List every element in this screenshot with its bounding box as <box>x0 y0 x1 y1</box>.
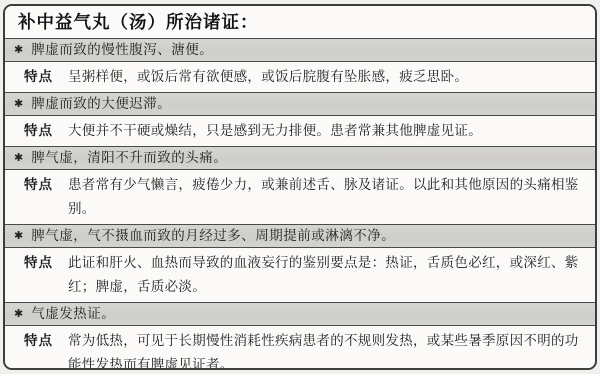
feature-label: 特点 <box>24 251 53 299</box>
syndrome-text: 脾虚而致的大便迟滞。 <box>31 96 585 112</box>
feature-row: 特点 呈粥样便，或饭后常有欲便感，或饭后脘腹有坠胀感，疲乏思卧。 <box>5 62 595 92</box>
feature-label: 特点 <box>24 119 53 143</box>
syndrome-text: 脾气虚，清阳不升而致的头痛。 <box>31 150 585 166</box>
syndrome-row: ✱ 脾气虚，清阳不升而致的头痛。 <box>5 146 595 170</box>
syndrome-text: 气虚发热证。 <box>31 306 585 322</box>
feature-text: 患者常有少气懒言，疲倦少力，或兼前述舌、脉及诸证。以此和其他原因的头痛相鉴别。 <box>68 173 583 221</box>
asterisk-icon: ✱ <box>14 153 23 164</box>
syndrome-row: ✱ 气虚发热证。 <box>5 302 595 326</box>
feature-text: 常为低热，可见于长期慢性消耗性疾病患者的不规则发热，或某些暑季原因不明的功能性发… <box>68 329 583 370</box>
asterisk-icon: ✱ <box>14 45 23 56</box>
feature-row: 特点 患者常有少气懒言，疲倦少力，或兼前述舌、脉及诸证。以此和其他原因的头痛相鉴… <box>5 170 595 224</box>
asterisk-icon: ✱ <box>14 309 23 320</box>
asterisk-icon: ✱ <box>14 231 23 242</box>
feature-label: 特点 <box>24 173 53 221</box>
feature-text: 此证和肝火、血热而导致的血液妄行的鉴别要点是：热证，舌质色必红，或深红、紫红；脾… <box>68 251 583 299</box>
table-title-text: 补中益气丸（汤）所治诸证： <box>18 12 259 32</box>
feature-row: 特点 此证和肝火、血热而导致的血液妄行的鉴别要点是：热证，舌质色必红，或深红、紫… <box>5 248 595 302</box>
syndrome-row: ✱ 脾气虚，气不摄血而致的月经过多、周期提前或淋漓不净。 <box>5 224 595 248</box>
indications-table: 补中益气丸（汤）所治诸证： ✱ 脾虚而致的慢性腹泻、溏便。 特点 呈粥样便，或饭… <box>3 4 597 370</box>
feature-text: 大便并不干硬或燥结，只是感到无力排便。患者常兼其他脾虚见证。 <box>68 119 583 143</box>
syndrome-row: ✱ 脾虚而致的慢性腹泻、溏便。 <box>5 38 595 62</box>
syndrome-text: 脾虚而致的慢性腹泻、溏便。 <box>31 42 585 58</box>
feature-text: 呈粥样便，或饭后常有欲便感，或饭后脘腹有坠胀感，疲乏思卧。 <box>68 65 583 89</box>
feature-row: 特点 大便并不干硬或燥结，只是感到无力排便。患者常兼其他脾虚见证。 <box>5 116 595 146</box>
feature-label: 特点 <box>24 65 53 89</box>
syndrome-text: 脾气虚，气不摄血而致的月经过多、周期提前或淋漓不净。 <box>31 228 585 244</box>
feature-label: 特点 <box>24 329 53 370</box>
scanned-page: 补中益气丸（汤）所治诸证： ✱ 脾虚而致的慢性腹泻、溏便。 特点 呈粥样便，或饭… <box>0 0 600 374</box>
syndrome-row: ✱ 脾虚而致的大便迟滞。 <box>5 92 595 116</box>
feature-row: 特点 常为低热，可见于长期慢性消耗性疾病患者的不规则发热，或某些暑季原因不明的功… <box>5 326 595 370</box>
table-title: 补中益气丸（汤）所治诸证： <box>5 6 595 38</box>
asterisk-icon: ✱ <box>14 99 23 110</box>
